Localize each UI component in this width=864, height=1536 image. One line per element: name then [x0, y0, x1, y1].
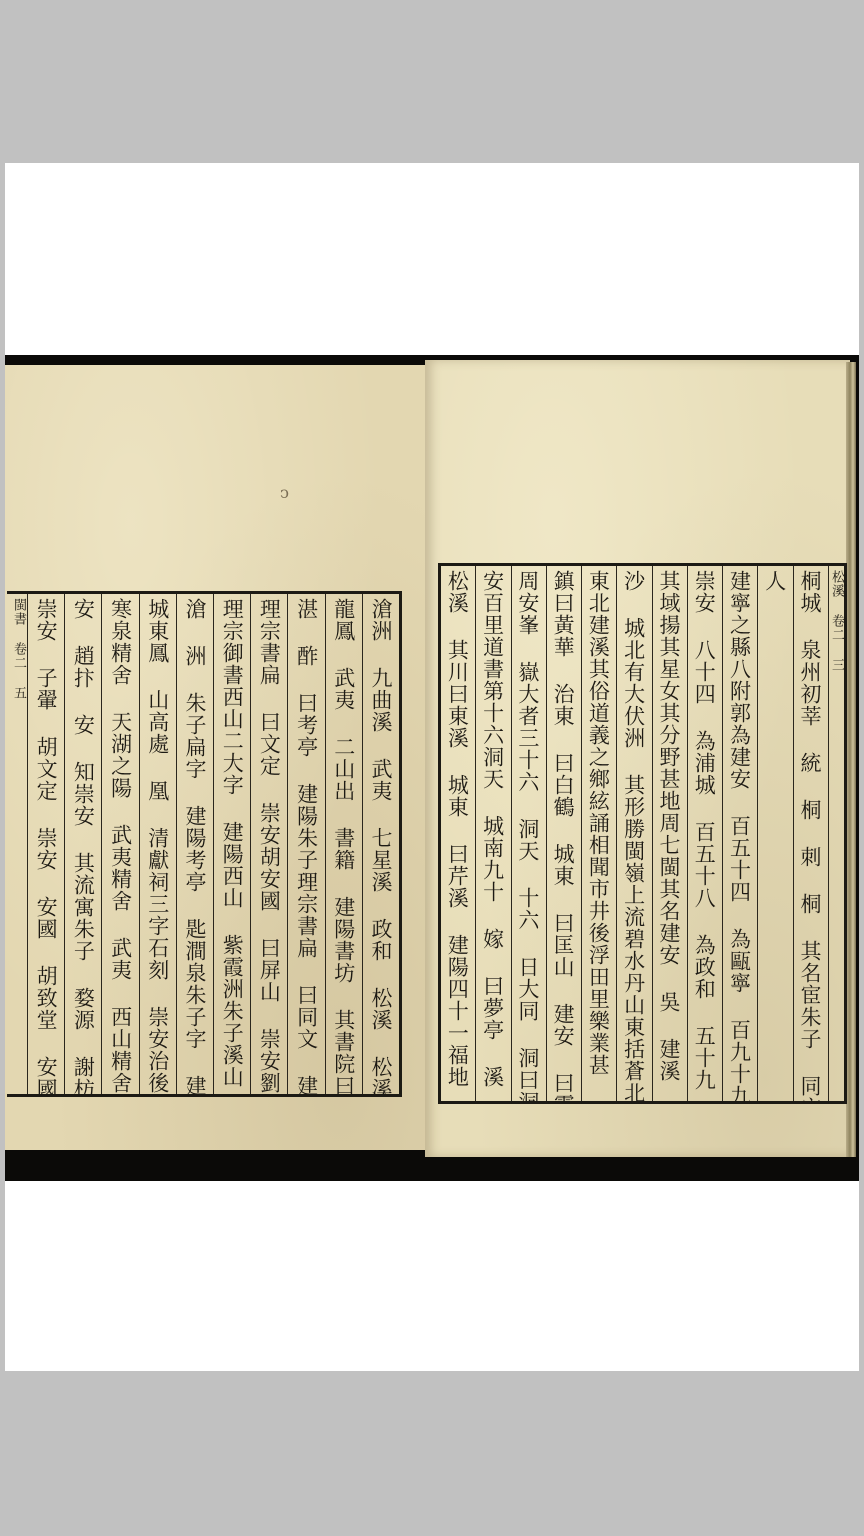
book-page-edges: [846, 362, 856, 1157]
page-margin-label: 松溪 卷二 三: [828, 566, 844, 1101]
text-column: 鎮曰黃華 治東 曰白鶴 城東 曰匡山 建安 曰靈鷲 甌寧 曰東山 建陽 曰武夷: [546, 566, 581, 1101]
paper-blemish-icon: ↄ: [280, 483, 289, 502]
text-column: 其域揚其星女其分野甚地周七閩其名建安 吳 建溪 州 舊建富: [652, 566, 687, 1101]
folio-number: 三: [829, 658, 844, 672]
text-column: 沙 城北有大伏洲 其形勝閩嶺上流碧水丹山東括蒼北上饒南延平: [616, 566, 651, 1101]
text-column: 滄 洲 朱子扁字 建陽考亭 匙澗泉朱子字 建陽西 濟化寺 乘風堂石碣字: [176, 594, 213, 1094]
text-column: 安 趙抃 安 知崇安 其流寓朱子 婺源 謝枋得 信州弋陽 讀書 其人劉屏山: [64, 594, 101, 1094]
text-column: 周安峯 嶽大者三十六 洞天 十六 日大同 洞曰洞宮 政和三十七福地 曰湛盧: [511, 566, 546, 1101]
text-column: 城東鳳 山高處 凰 清獻祠三字石刻 崇安治後 朱子宅 崇安東五夫里 滄洲精舍 建…: [139, 594, 176, 1094]
text-column: 松溪 其川曰東溪 城東 曰芹溪 建陽四十一福地 書院前 曰: [441, 566, 475, 1101]
text-column: 理宗書扁 曰文定 崇安胡安國 曰屏山 崇安劉子翬 朱子劉珙 曰湛盧 松溪朱子 其…: [250, 594, 287, 1094]
text-column: 建寧之縣八附郭為建安 百五十四 為甌寧 百九十九 外為建陽 二百十 為: [722, 566, 757, 1101]
text-column: 湛 酢 曰考亭 建陽朱子理宗書扁 曰同文 建陽書坊 朱子建 曰武夷 山中 曰廬峯…: [287, 594, 324, 1094]
right-page-text-frame: 松溪 卷二 三 桐城 泉州初莘 統 桐 刺 桐 其名宦朱子 同安簿 真德秀 知泉…: [438, 563, 847, 1104]
text-column: 崇安 八十四 為浦城 百五十八 為政和 五十九 為松溪 八十六 為壽寧 二十五: [687, 566, 722, 1101]
text-column: 崇安 子翬 胡文定 崇安 安國 胡致堂 安國之子 寅 胡籍溪 安國從子 憲 胡五…: [27, 594, 64, 1094]
text-column: 安百里道書第十六洞天 城南九十 嫁 曰夢亭 溪 建陽考亭: [475, 566, 510, 1101]
text-column: 滄洲 九曲溪 武夷 七星溪 政和 松溪 松溪 其產銀 浦城松溪政和 鐵 建安甌寧…: [362, 594, 399, 1094]
text-column: 理宗御書西山二大字 建陽西山 紫霞洲朱子溪山一覽扁 城中和坊: [213, 594, 250, 1094]
text-column: 龍鳳 武夷 二山出 書籍 建陽書坊 其書院曰紫芝 有學米特 曰贅峯 建安 曰廌山…: [325, 594, 362, 1094]
book-title: 松溪: [829, 570, 844, 598]
page-margin-label: 閩書 卷二 五: [7, 594, 27, 1094]
text-column: 東北建溪其俗道義之鄉絃誦相聞市井後浮田里樂業甚: [581, 566, 616, 1101]
text-column: 人: [757, 566, 792, 1101]
left-page-text-frame: 滄洲 九曲溪 武夷 七星溪 政和 松溪 松溪 其產銀 浦城松溪政和 鐵 建安甌寧…: [7, 591, 402, 1097]
juan-number: 卷二: [829, 614, 844, 642]
text-column: 寒泉精舍 天湖之陽 武夷精舍 武夷 西山精舍 浦城德興寺 其名宦張華 晉建: [101, 594, 138, 1094]
text-column: 桐城 泉州初莘 統 桐 刺 桐 其名宦朱子 同安簿 真德秀 知泉州 其人梁克家 …: [793, 566, 828, 1101]
